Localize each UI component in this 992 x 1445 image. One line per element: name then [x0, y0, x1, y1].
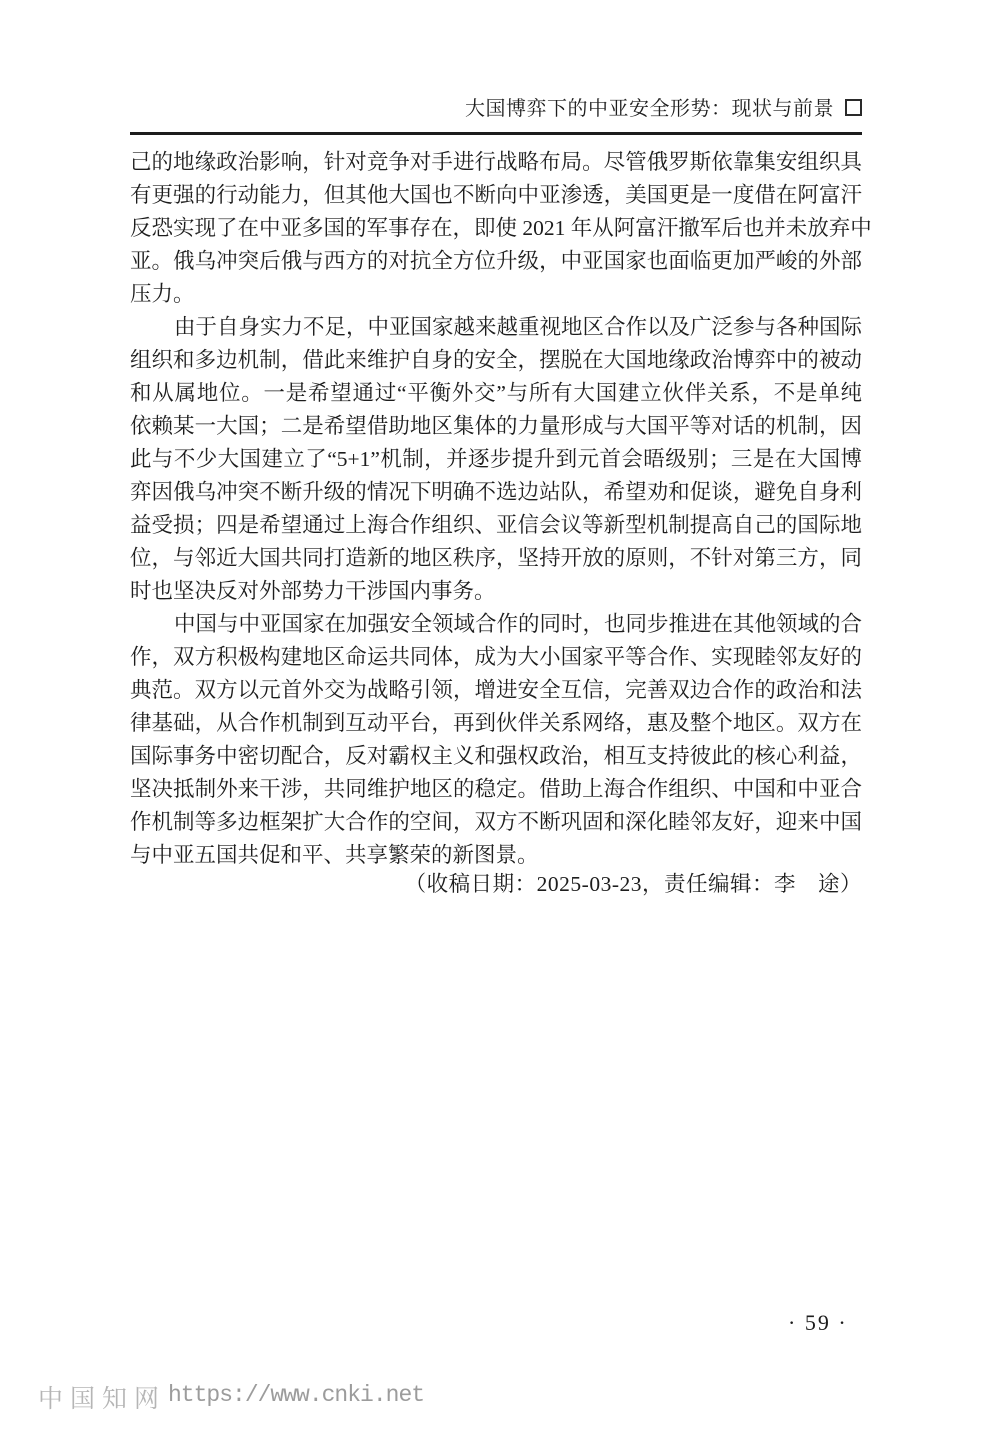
editorial-note: （收稿日期：2025-03-23，责任编辑：李 途）: [130, 868, 862, 901]
text-line: 时也坚决反对外部势力干涉国内事务。: [130, 575, 862, 608]
text-line: 由于自身实力不足，中亚国家越来越重视地区合作以及广泛参与各种国际: [130, 311, 862, 344]
text-line: 律基础，从合作机制到互动平台，再到伙伴关系网络，惠及整个地区。双方在: [130, 707, 862, 740]
text-line: 作机制等多边框架扩大合作的空间，双方不断巩固和深化睦邻友好，迎来中国: [130, 806, 862, 839]
cnki-watermark-logo: 中国知网: [38, 1379, 166, 1415]
text-line: 亚。俄乌冲突后俄与西方的对抗全方位升级，中亚国家也面临更加严峻的外部: [130, 245, 862, 278]
cnki-watermark-url: https://www.cnki.net: [168, 1382, 424, 1408]
text-line: 组织和多边机制，借此来维护自身的安全，摆脱在大国地缘政治博弈中的被动: [130, 344, 862, 377]
text-line: 中国与中亚国家在加强安全领域合作的同时，也同步推进在其他领域的合: [130, 608, 862, 641]
text-line: 典范。双方以元首外交为战略引领，增进安全互信，完善双边合作的政治和法: [130, 674, 862, 707]
text-line: 压力。: [130, 278, 862, 311]
text-line: 有更强的行动能力，但其他大国也不断向中亚渗透，美国更是一度借在阿富汗: [130, 179, 862, 212]
page-number: · 59 ·: [788, 1310, 848, 1336]
text-line: 反恐实现了在中亚多国的军事存在，即使 2021 年从阿富汗撤军后也并未放弃中: [130, 212, 862, 245]
header-rule: [130, 132, 862, 135]
text-line: 此与不少大国建立了“5+1”机制，并逐步提升到元首会晤级别；三是在大国博: [130, 443, 862, 476]
text-line: 弈因俄乌冲突不断升级的情况下明确不选边站队，希望劝和促谈，避免自身利: [130, 476, 862, 509]
document-page: 大国博弈下的中亚安全形势：现状与前景 己的地缘政治影响，针对竞争对手进行战略布局…: [0, 0, 992, 1445]
text-line: 国际事务中密切配合，反对霸权主义和强权政治，相互支持彼此的核心利益，: [130, 740, 862, 773]
running-title: 大国博弈下的中亚安全形势：现状与前景: [465, 98, 834, 120]
text-line: 坚决抵制外来干涉，共同维护地区的稳定。借助上海合作组织、中国和中亚合: [130, 773, 862, 806]
article-body: 己的地缘政治影响，针对竞争对手进行战略布局。尽管俄罗斯依靠集安组织具有更强的行动…: [130, 146, 862, 872]
text-line: 和从属地位。一是希望通过“平衡外交”与所有大国建立伙伴关系，不是单纯: [130, 377, 862, 410]
text-line: 益受损；四是希望通过上海合作组织、亚信会议等新型机制提高自己的国际地: [130, 509, 862, 542]
text-line: 位，与邻近大国共同打造新的地区秩序，坚持开放的原则，不针对第三方，同: [130, 542, 862, 575]
text-line: 依赖某一大国；二是希望借助地区集体的力量形成与大国平等对话的机制，因: [130, 410, 862, 443]
text-line: 己的地缘政治影响，针对竞争对手进行战略布局。尽管俄罗斯依靠集安组织具: [130, 146, 862, 179]
text-line: 作，双方积极构建地区命运共同体，成为大小国家平等合作、实现睦邻友好的: [130, 641, 862, 674]
running-header: 大国博弈下的中亚安全形势：现状与前景: [130, 97, 862, 121]
end-of-article-box-icon: [845, 99, 862, 116]
